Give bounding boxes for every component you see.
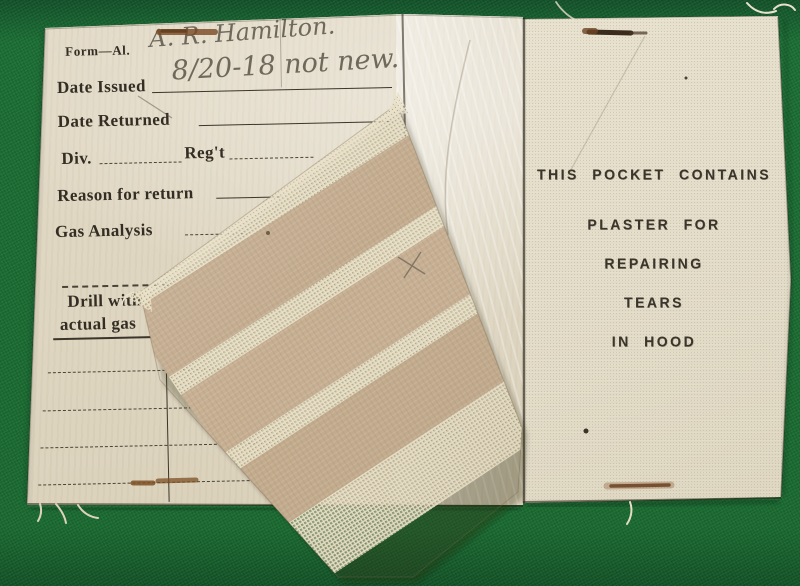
gas-analysis-label: Gas Analysis xyxy=(55,220,153,242)
div-label: Div. xyxy=(61,148,92,169)
div-line xyxy=(100,161,182,164)
pocket-text-line: PLASTER FOR xyxy=(528,215,780,232)
table-row-line xyxy=(40,443,266,449)
table-header-line xyxy=(53,335,195,340)
pocket-text-line: IN HOOD xyxy=(528,332,780,349)
date-returned-line xyxy=(199,121,393,126)
regt-label: Reg't xyxy=(184,143,225,164)
table-column-line xyxy=(165,310,170,502)
reason-line xyxy=(216,196,282,198)
pocket-text-line: REPAIRING xyxy=(528,254,780,271)
pocket-text-line: THIS POCKET CONTAINS xyxy=(528,165,780,182)
regt-line xyxy=(229,157,313,160)
handwriting-date: 8/20-18 not new. xyxy=(171,43,400,87)
drill-with-label: Drill with xyxy=(67,290,142,312)
card-vertical-rule xyxy=(401,11,407,206)
pocket-text-line: TEARS xyxy=(528,293,780,310)
date-returned-label: Date Returned xyxy=(57,110,170,132)
form-number-label: Form—Al. xyxy=(65,43,130,60)
actual-gas-label: actual gas xyxy=(60,313,137,335)
reason-label: Reason for return xyxy=(57,183,194,206)
date-issued-line xyxy=(152,87,392,93)
table-top-line xyxy=(62,281,309,288)
date-issued-label: Date Issued xyxy=(57,76,146,98)
table-row-line xyxy=(43,406,263,412)
table-row-line xyxy=(38,479,294,485)
gas-analysis-line xyxy=(185,233,249,235)
table-row-line xyxy=(48,368,260,373)
